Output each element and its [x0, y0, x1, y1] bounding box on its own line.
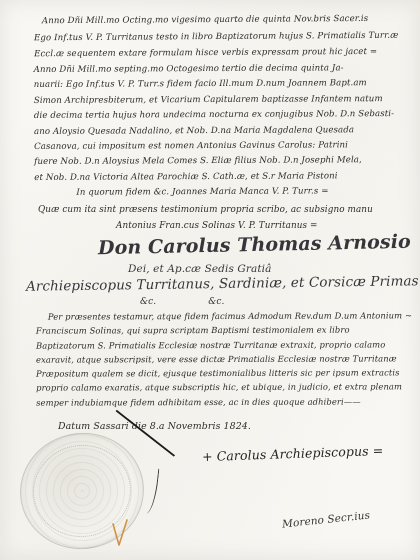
preamble-line: Anno Dñi Mill.mo Octing.mo vigesimo quar… [34, 11, 398, 30]
secretary-signature: Moreno Secr.ius [282, 509, 371, 530]
record-line: fuere Nob. D.n Aloysius Mela Comes S. El… [34, 153, 394, 170]
record-closing-line: In quorum fidem &c. Joannes Maria Manca … [34, 184, 394, 201]
dateline: Datum Sassari die 8.a Novembris 1824. [58, 421, 251, 432]
etc-left: &c. [140, 297, 156, 307]
attestation-line: Quæ cum ita sint præsens testimonium pro… [38, 203, 373, 219]
pen-flourish-stroke [144, 468, 160, 515]
body-line: exaravit, atque subscripsit, vere esse d… [36, 351, 412, 367]
preamble-line: Eccl.æ sequentem extare formulam hisce v… [34, 44, 398, 63]
manuscript-page: Anno Dñi Mill.mo Octing.mo vigesimo quar… [0, 0, 420, 560]
body-line: semper indubiamque fidem adhibitam esse,… [36, 394, 412, 410]
body-line: Franciscum Solinas, qui supra scriptam B… [36, 323, 412, 339]
preamble-paragraph: Anno Dñi Mill.mo Octing.mo vigesimo quar… [34, 11, 399, 63]
bishop-signature: + Carolus Archiepiscopus = [202, 443, 384, 464]
body-line: Per præsentes testamur, atque fidem faci… [36, 308, 412, 324]
body-line: proprio calamo exaratis, atque subscript… [36, 380, 412, 396]
record-line: die decima tertia hujus hora undecima no… [34, 107, 394, 124]
body-line: Baptizatorum S. Primatialis Ecclesiæ nos… [36, 337, 412, 353]
etc-right: &c. [208, 297, 224, 307]
heading-grace-line: Dei, et Ap.cæ Sedis Gratiâ [128, 263, 271, 275]
attestation-paragraph: Quæ cum ita sint præsens testimonium pro… [38, 203, 373, 234]
orange-check-mark [110, 518, 130, 552]
body-line: Præpositum qualem se dicit, ejusque test… [36, 366, 412, 382]
certification-paragraph: Per præsentes testamur, atque fidem faci… [36, 308, 413, 409]
record-line: nuarii: Ego Inf.tus V. P. Turr.s fidem f… [34, 76, 394, 93]
baptismal-record-paragraph: Anno Dñi Mill.mo septing.mo Octogesimo t… [34, 61, 395, 202]
heading-title-line: Archiepiscopus Turritanus, Sardiniæ, et … [26, 273, 419, 294]
etcetera-marks: &c.&c. [140, 297, 224, 307]
archbishop-name-heading: Don Carolus Thomas Arnosio [98, 231, 411, 260]
